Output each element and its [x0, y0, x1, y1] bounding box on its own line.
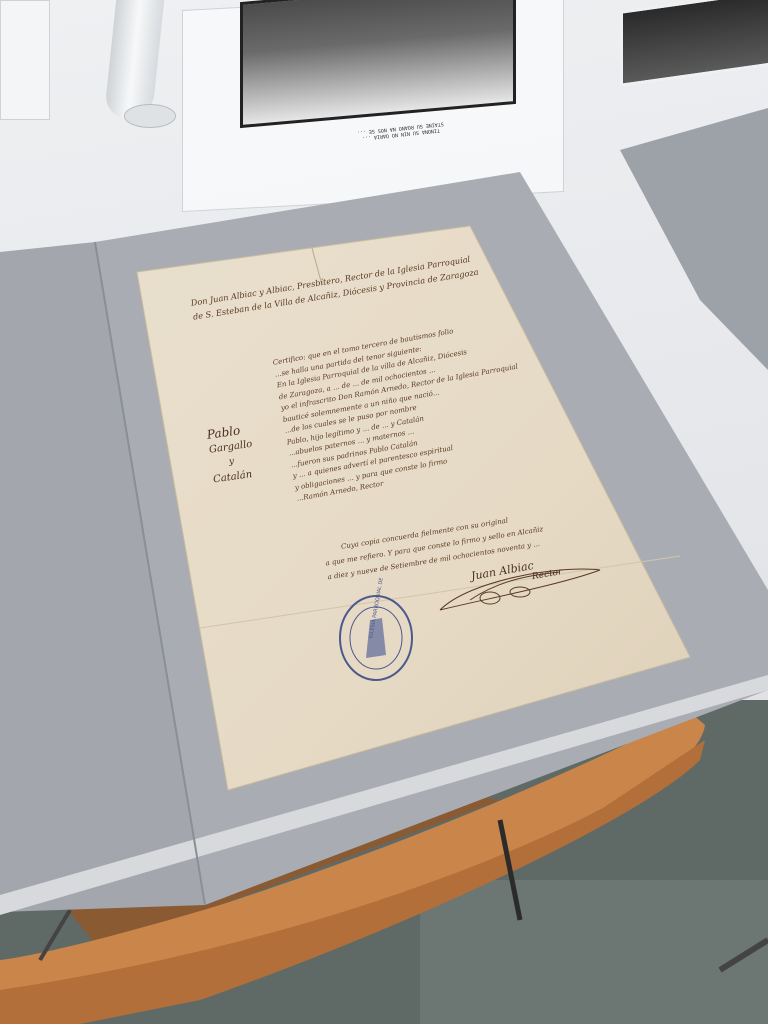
historical-document [0, 0, 768, 1024]
margin-note: Pablo Gargallo y Catalán [206, 422, 257, 487]
